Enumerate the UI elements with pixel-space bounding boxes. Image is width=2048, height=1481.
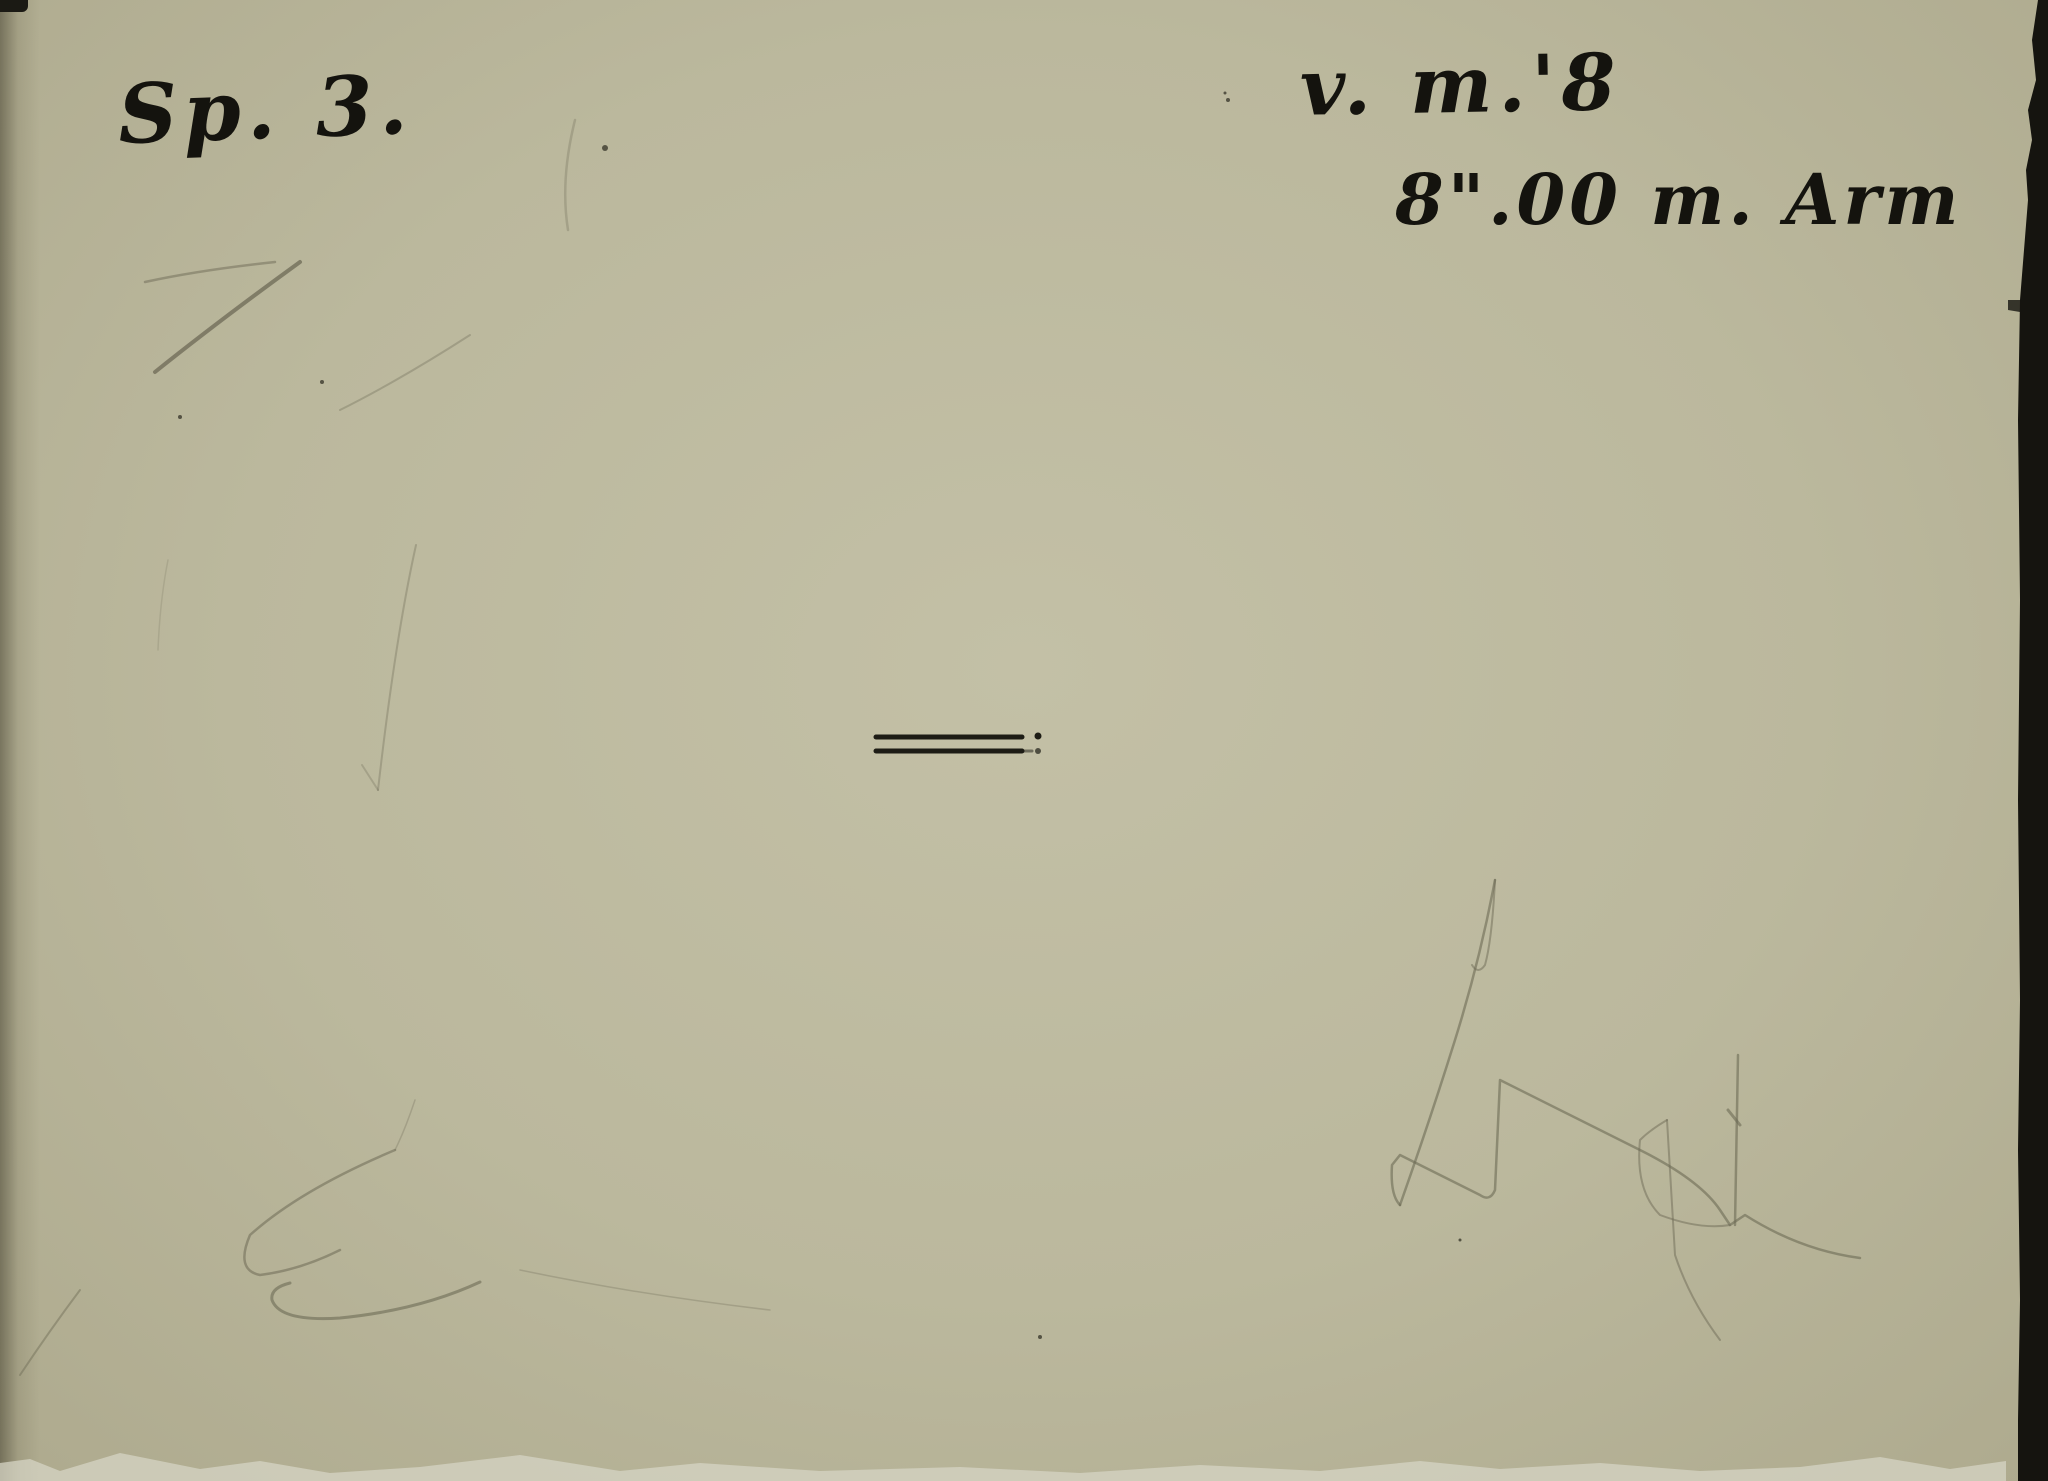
annotation-top-right-line2: 8".00 m. Arm <box>1395 158 1962 241</box>
left-edge-shadow <box>0 0 40 1481</box>
annotation-top-left: Sp. 3. <box>116 57 414 163</box>
top-left-corner-mark <box>0 0 28 12</box>
photo-plate: Sp. 3. v. m.'8 8".00 m. Arm <box>0 0 2048 1481</box>
center-double-line-mark <box>872 730 1044 758</box>
bottom-edge-worn <box>0 1441 2006 1481</box>
right-edge-border <box>2006 0 2048 1481</box>
annotation-top-right-line1: v. m.'8 <box>1299 37 1622 134</box>
